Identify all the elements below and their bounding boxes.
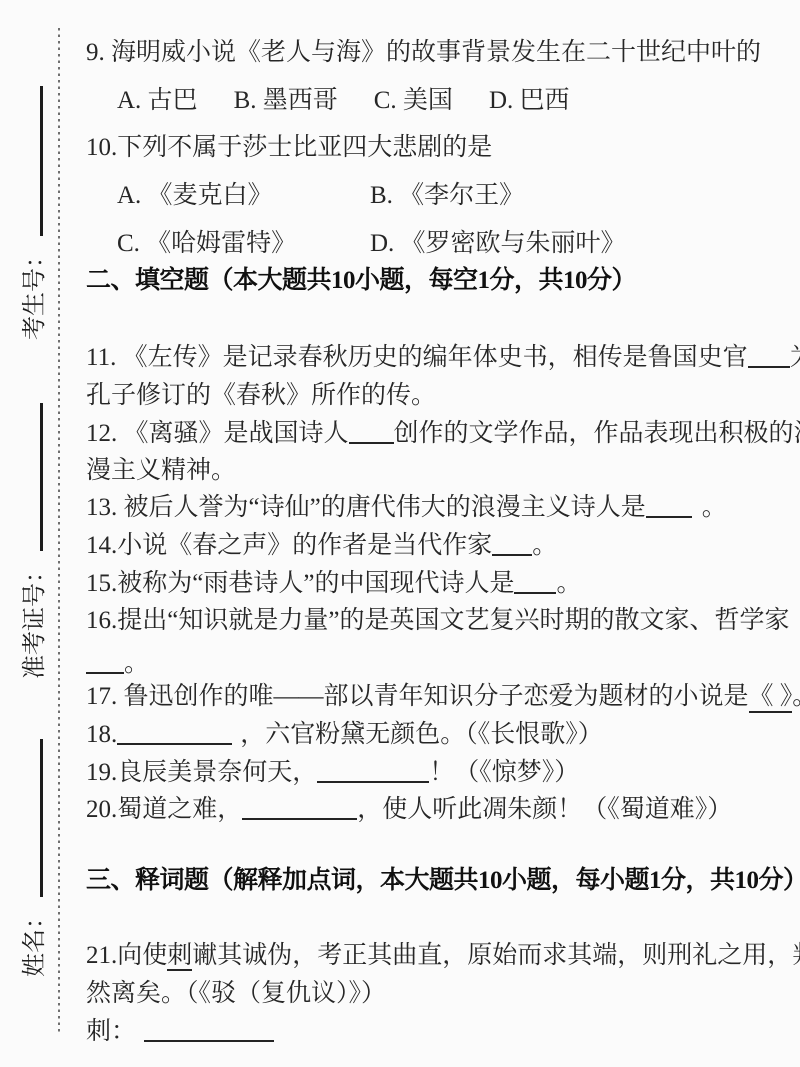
question-9-text: 9. 海明威小说《老人与海》的故事背景发生在二十世纪中叶的 bbox=[86, 39, 761, 66]
question-18-text: ，六官粉黛无颜色。（《长恨歌》） bbox=[240, 721, 603, 748]
admission-ticket-writein-line bbox=[24, 403, 43, 551]
section-3-title: 三、释词题（解释加点词，本大题共10小题，每小题1分，共10分） bbox=[86, 867, 800, 894]
option-b: B. 《李尔王》 bbox=[370, 182, 524, 209]
question-18: 18.，六官粉黛无颜色。（《长恨歌》） bbox=[86, 718, 603, 752]
question-18-number: 18. bbox=[86, 721, 117, 748]
question-20: 20.蜀道之难，，使人听此凋朱颜！（《蜀道难》） bbox=[86, 793, 732, 827]
fill-blank bbox=[748, 348, 790, 368]
fill-blank bbox=[646, 498, 692, 518]
question-11-text-b: 为 bbox=[790, 344, 800, 371]
question-21-line-1: 21.向使刺谳其诚伪，考正其曲直，原始而求其端，则刑礼之用，判 bbox=[86, 939, 800, 973]
question-15-text-a: 15.被称为“雨巷诗人”的中国现代诗人是 bbox=[86, 570, 514, 597]
option-d: D. 巴西 bbox=[489, 87, 570, 114]
question-11-text-a: 11. 《左传》是记录春秋历史的编年体史书，相传是鲁国史官 bbox=[86, 344, 748, 371]
question-20-text-b: ，使人听此凋朱颜！（《蜀道难》） bbox=[357, 796, 732, 823]
fill-blank bbox=[492, 536, 532, 556]
question-14-text-a: 14.小说《春之声》的作者是当代作家 bbox=[86, 532, 492, 559]
question-12-text-a: 12. 《离骚》是战国诗人 bbox=[86, 420, 349, 447]
admission-ticket-number-label: 准考证号： bbox=[22, 559, 48, 679]
name-writein-line bbox=[24, 739, 43, 897]
question-14-text-b: 。 bbox=[532, 532, 557, 559]
question-21-line-2: 然离矣。（《驳（复仇议）》） bbox=[86, 977, 386, 1011]
question-12-line-1: 12. 《离骚》是战国诗人创作的文学作品，作品表现出积极的浪 bbox=[86, 417, 800, 451]
question-21-text-b: 谳其诚伪，考正其曲直，原始而求其端，则刑礼之用，判 bbox=[192, 942, 800, 969]
gloss-word-label: 刺： bbox=[86, 1018, 136, 1045]
question-10-stem: 10.下列不属于莎士比亚四大悲剧的是 bbox=[86, 131, 492, 165]
question-15: 15.被称为“雨巷诗人”的中国现代诗人是。 bbox=[86, 567, 581, 601]
option-a: A. 《麦克白》 bbox=[117, 179, 370, 213]
option-c: C. 《哈姆雷特》 bbox=[117, 227, 370, 261]
question-12-text-c: 漫主义精神。 bbox=[86, 457, 236, 484]
question-14: 14.小说《春之声》的作者是当代作家。 bbox=[86, 529, 557, 563]
section-2-title: 二、填空题（本大题共10小题，每空1分，共10分） bbox=[86, 267, 636, 294]
question-11-line-1: 11. 《左传》是记录春秋历史的编年体史书，相传是鲁国史官为 bbox=[86, 341, 800, 375]
vertical-field-admission-ticket-number: 准考证号： bbox=[14, 408, 46, 679]
question-19-text-a: 19.良辰美景奈何天， bbox=[86, 759, 317, 786]
candidate-number-label: 考生号： bbox=[22, 244, 48, 340]
question-13-text-a: 13. 被后人誉为“诗仙”的唐代伟大的浪漫主义诗人是 bbox=[86, 494, 646, 521]
fill-blank-book-title: 《 》 bbox=[749, 683, 793, 713]
option-c: C. 美国 bbox=[374, 87, 453, 114]
question-16-line-1: 16.提出“知识就是力量”的是英国文艺复兴时期的散文家、哲学家 bbox=[86, 604, 789, 638]
section-2-header: 二、填空题（本大题共10小题，每空1分，共10分） bbox=[86, 264, 636, 298]
question-13: 13. 被后人誉为“诗仙”的唐代伟大的浪漫主义诗人是。 bbox=[86, 491, 727, 525]
fill-blank bbox=[144, 1022, 274, 1042]
vertical-field-candidate-number: 考生号： bbox=[14, 90, 46, 340]
question-16-line-2: 。 bbox=[86, 647, 149, 681]
fill-blank bbox=[514, 574, 556, 594]
question-16-text-a: 16.提出“知识就是力量”的是英国文艺复兴时期的散文家、哲学家 bbox=[86, 607, 789, 634]
question-17: 17. 鲁迅创作的唯——部以青年知识分子恋爱为题材的小说是《 》。 bbox=[86, 680, 800, 714]
question-19: 19.良辰美景奈何天，！（《惊梦》） bbox=[86, 756, 579, 790]
question-12-text-b: 创作的文学作品，作品表现出积极的浪 bbox=[394, 420, 800, 447]
question-10-options-row-2: C. 《哈姆雷特》D. 《罗密欧与朱丽叶》 bbox=[117, 227, 626, 261]
option-d: D. 《罗密欧与朱丽叶》 bbox=[370, 230, 626, 257]
fill-blank bbox=[317, 763, 429, 783]
fold-dotted-rule bbox=[58, 28, 60, 1032]
question-19-text-b: ！（《惊梦》） bbox=[429, 759, 579, 786]
fill-blank bbox=[86, 654, 124, 674]
question-17-text-b: 。 bbox=[792, 683, 800, 710]
option-b: B. 墨西哥 bbox=[234, 87, 338, 114]
question-21-gloss-row: 刺： bbox=[86, 1015, 274, 1049]
fill-blank bbox=[242, 800, 357, 820]
question-21-text-c: 然离矣。（《驳（复仇议）》） bbox=[86, 980, 386, 1007]
question-10-text: 10.下列不属于莎士比亚四大悲剧的是 bbox=[86, 134, 492, 161]
question-16-text-b: 。 bbox=[124, 650, 149, 677]
question-15-text-b: 。 bbox=[556, 570, 581, 597]
question-9-stem: 9. 海明威小说《老人与海》的故事背景发生在二十世纪中叶的 bbox=[86, 36, 761, 70]
name-label: 姓名： bbox=[22, 905, 48, 977]
question-11-text-c: 孔子修订的《春秋》所作的传。 bbox=[86, 382, 436, 409]
question-11-line-2: 孔子修订的《春秋》所作的传。 bbox=[86, 379, 436, 413]
option-a: A. 古巴 bbox=[117, 87, 198, 114]
question-9-options: A. 古巴B. 墨西哥C. 美国D. 巴西 bbox=[117, 84, 570, 118]
vertical-field-name: 姓名： bbox=[14, 748, 46, 977]
fill-blank bbox=[117, 725, 232, 745]
candidate-number-writein-line bbox=[24, 86, 43, 236]
question-13-text-b: 。 bbox=[702, 494, 727, 521]
question-12-line-2: 漫主义精神。 bbox=[86, 454, 236, 488]
annotated-word: 刺 bbox=[167, 942, 192, 971]
question-17-text-a: 17. 鲁迅创作的唯——部以青年知识分子恋爱为题材的小说是 bbox=[86, 683, 749, 710]
fill-blank bbox=[349, 424, 394, 444]
exam-paper-page: 考生号： 准考证号： 姓名： 9. 海明威小说《老人与海》的故事背景发生在二十世… bbox=[0, 0, 800, 1067]
question-20-text-a: 20.蜀道之难， bbox=[86, 796, 242, 823]
section-3-header: 三、释词题（解释加点词，本大题共10小题，每小题1分，共10分） bbox=[86, 864, 800, 898]
question-10-options-row-1: A. 《麦克白》B. 《李尔王》 bbox=[117, 179, 524, 213]
question-21-text-a: 21.向使 bbox=[86, 942, 167, 969]
